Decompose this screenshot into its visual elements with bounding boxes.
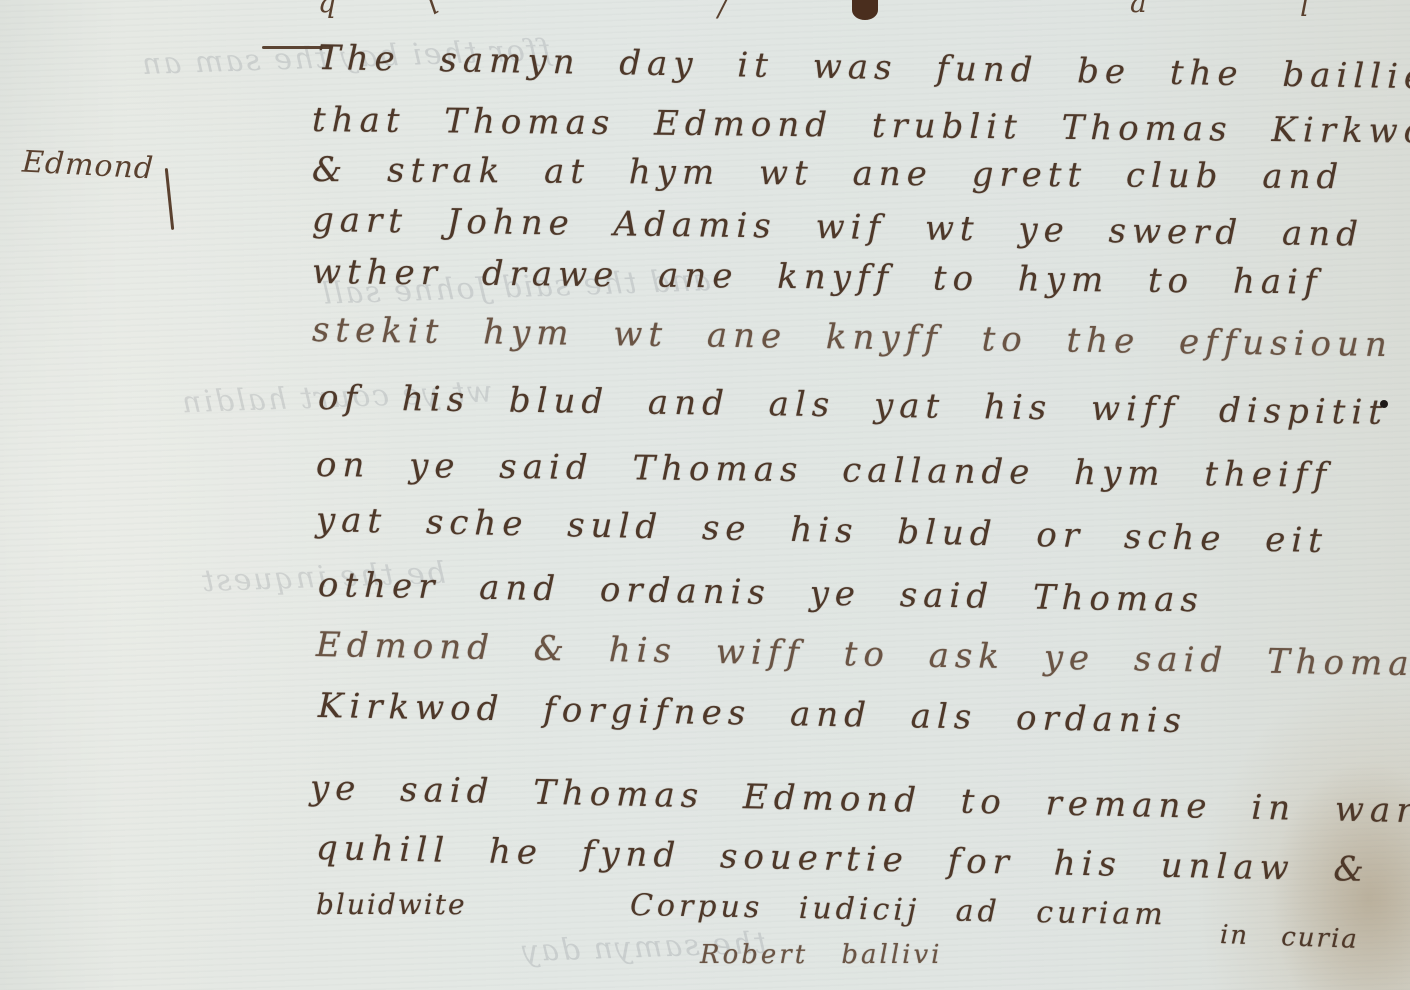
manuscript-line-2: that Thomas Edmond trublit Thomas Kirkwo…: [312, 100, 1410, 152]
manuscript-line-4: gart Johne Adamis wif wt ye swerd and: [312, 200, 1365, 255]
manuscript-line-10: other and ordanis ye said Thomas: [318, 565, 1205, 620]
manuscript-line-8: on ye said Thomas callande hym theiff: [316, 445, 1332, 496]
top-fragment: /: [718, 0, 727, 23]
closing-fragment-right: in curia: [1219, 920, 1359, 955]
top-fragment: q: [318, 0, 336, 19]
manuscript-line-11: Edmond & his wiff to ask ye said Thomas: [316, 625, 1410, 685]
top-fragment: a: [1130, 0, 1147, 19]
manuscript-line-9: yat sche suld se his blud or sche eit: [316, 500, 1329, 561]
manuscript-line-14: quhill he fynd souertie for his unlaw &: [316, 828, 1371, 890]
manuscript-line-3: & strak at hym wt ane grett club and: [312, 150, 1345, 197]
ink-blot: [852, 0, 878, 20]
manuscript-page: ffor thei bay the sam an and the said Jo…: [0, 0, 1410, 990]
manuscript-line-7: of his blud and als yat his wiff dispiti…: [318, 378, 1388, 433]
manuscript-line-12: Kirkwod forgifnes and als ordanis: [318, 686, 1188, 741]
closing-line-2: Robert ballivi: [700, 940, 943, 970]
manuscript-line-6: stekit hym wt ane knyff to the effusioun: [312, 310, 1393, 365]
manuscript-line-15: bluidwite: [316, 888, 467, 921]
manuscript-line-1: The samyn day it was fund be the baillie…: [318, 38, 1410, 98]
manuscript-line-13: ye said Thomas Edmond to remane in warde: [310, 768, 1410, 832]
closing-line-1: Corpus iudicij ad curiam: [630, 888, 1167, 932]
margin-flourish: [165, 168, 174, 230]
top-fragment: l: [420, 0, 444, 21]
ink-dot: [1380, 400, 1388, 408]
margin-note: Edmond: [21, 145, 155, 187]
top-fragment: l: [1300, 0, 1309, 23]
